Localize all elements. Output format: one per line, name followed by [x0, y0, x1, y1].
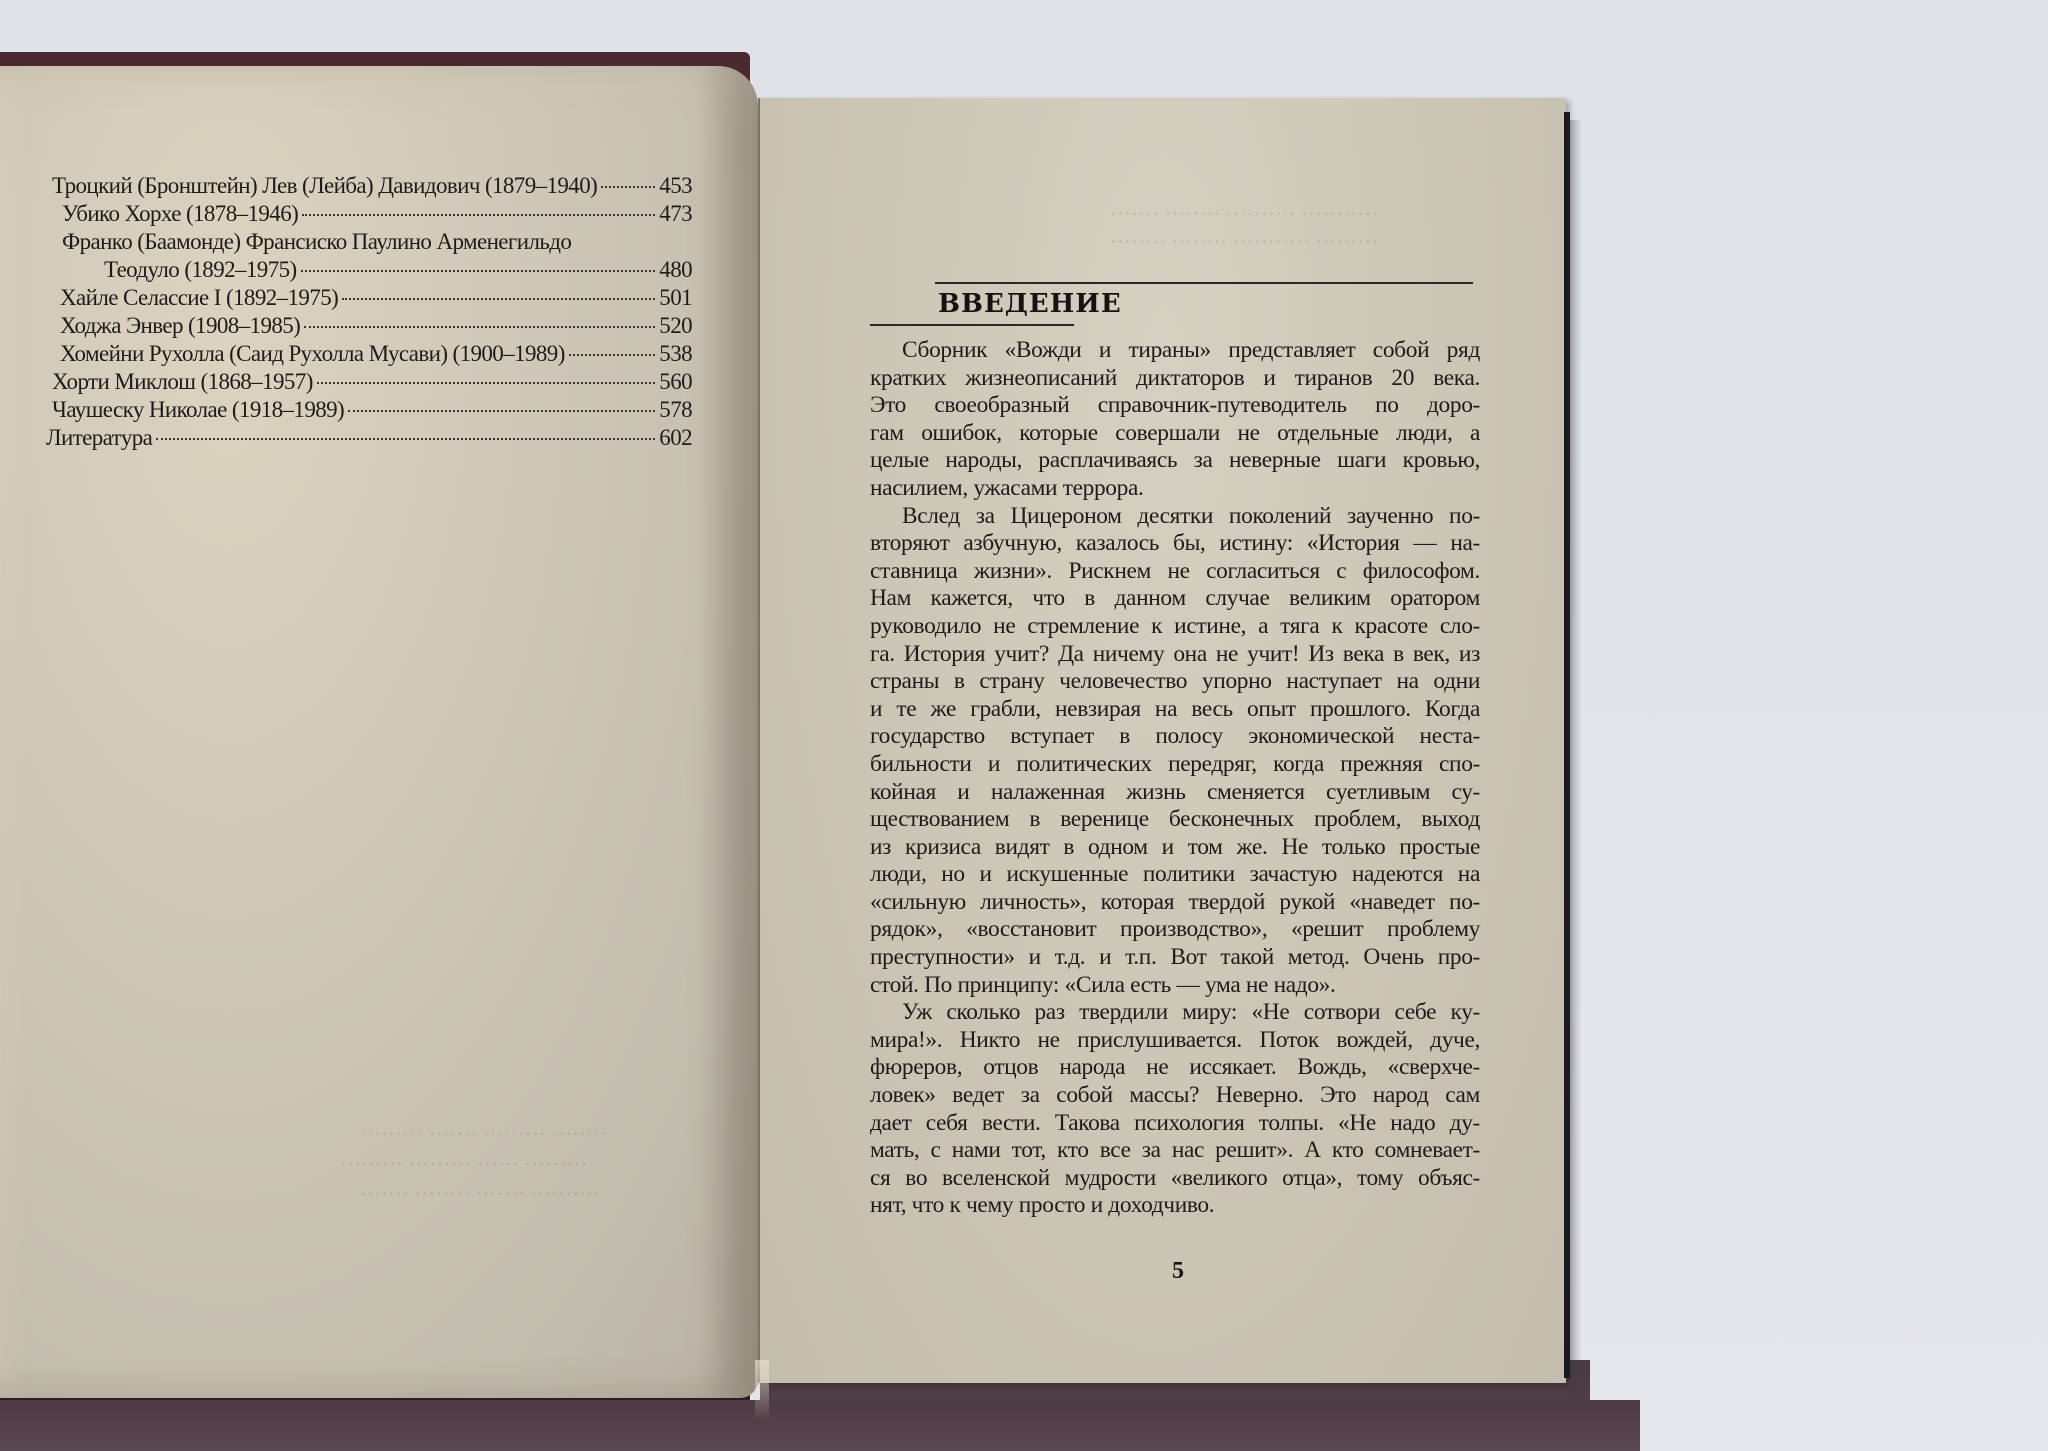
toc-entry-title: Хорти Миклош (1868–1957): [52, 368, 313, 396]
text-line: койная и налаженная жизнь сменяется сует…: [870, 779, 1480, 807]
toc-entry-page: 473: [659, 200, 692, 228]
toc-entry-title: Чаушеску Николае (1918–1989): [52, 396, 344, 424]
text-line: мира!». Никто не прислушивается. Поток в…: [870, 1027, 1480, 1055]
toc-entry-title: Ходжа Энвер (1908–1985): [60, 312, 300, 340]
toc-entry-title: Франко (Баамонде) Франсиско Паулино Арме…: [62, 228, 571, 256]
page-number: 5: [1172, 1258, 1184, 1285]
dot-leader: [301, 270, 656, 272]
heading-rule-bottom: [870, 324, 1074, 326]
text-line: вторяют азбучную, казалось бы, истину: «…: [870, 530, 1480, 558]
text-line: из кризиса видят в одном и том же. Не то…: [870, 834, 1480, 862]
text-line: преступности» и т.д. и т.п. Вот такой ме…: [870, 944, 1480, 972]
toc-entry-page: 538: [659, 340, 692, 368]
text-line: фюреров, отцов народа не иссякает. Вождь…: [870, 1054, 1480, 1082]
text-line: государство вступает в полосу экономичес…: [870, 723, 1480, 751]
toc-entry[interactable]: Убико Хорхе (1878–1946) 473: [52, 200, 692, 228]
text-line: мать, с нами тот, кто все за нас решит».…: [870, 1137, 1480, 1165]
show-through-text: ········· ··········· ········ ········: [1110, 228, 1379, 256]
toc-entry[interactable]: Чаушеску Николае (1918–1989) 578: [52, 396, 692, 424]
introduction-text: Сборник «Вожди и тираны» представляет со…: [870, 337, 1480, 1220]
show-through-text: ········· ······ ········· ·········: [340, 1150, 587, 1178]
text-line: гам ошибок, которые совершали не отдельн…: [870, 420, 1480, 448]
text-line: бильности и политических передряг, когда…: [870, 751, 1480, 779]
toc-entry-title: Троцкий (Бронштейн) Лев (Лейба) Давидови…: [52, 172, 597, 200]
toc-entry-page: 560: [659, 368, 692, 396]
dot-leader: [342, 298, 655, 300]
dot-leader: [302, 214, 655, 216]
table-of-contents: Троцкий (Бронштейн) Лев (Лейба) Давидови…: [52, 172, 692, 452]
toc-entry[interactable]: Хорти Миклош (1868–1957) 560: [52, 368, 692, 396]
toc-entry-title: Хайле Селассие I (1892–1975): [60, 284, 338, 312]
dot-leader: [156, 438, 655, 440]
text-line: стой. По принципу: «Сила есть — ума не н…: [870, 972, 1480, 1000]
toc-entry-title: Литература: [46, 424, 152, 452]
text-line: люди, но и искушенные политики зачастую …: [870, 861, 1480, 889]
toc-entry-title: Убико Хорхе (1878–1946): [62, 200, 298, 228]
text-line: ловек» ведет за собой массы? Неверно. Эт…: [870, 1082, 1480, 1110]
text-line: страны в страну человечество упорно наст…: [870, 668, 1480, 696]
toc-entry-page: 453: [659, 172, 692, 200]
text-line: Нам кажется, что в данном случае великим…: [870, 585, 1480, 613]
dot-leader: [348, 410, 655, 412]
toc-entry-title: Хомейни Рухолла (Саид Рухолла Мусави) (1…: [60, 340, 565, 368]
show-through-text: ········ ········· ······· ·········: [360, 1120, 607, 1148]
toc-entry[interactable]: Троцкий (Бронштейн) Лев (Лейба) Давидови…: [52, 172, 692, 200]
show-through-text: ·········· ······· ········ ·······: [360, 1180, 600, 1208]
text-line: Это своеобразный справочник-путеводитель…: [870, 392, 1480, 420]
toc-entry-page: 520: [659, 312, 692, 340]
dot-leader: [601, 186, 655, 188]
text-line: целые народы, расплачиваясь за неверные …: [870, 447, 1480, 475]
toc-entry[interactable]: Хайле Селассие I (1892–1975) 501: [52, 284, 692, 312]
toc-entry-title: Теодуло (1892–1975): [104, 256, 297, 284]
text-line: руководило не стремление к истине, а тяг…: [870, 613, 1480, 641]
toc-entry-page: 602: [659, 424, 692, 452]
dot-leader: [317, 382, 656, 384]
dot-leader: [304, 326, 655, 328]
dot-leader: [569, 354, 656, 356]
text-line: кратких жизнеописаний диктаторов и тиран…: [870, 365, 1480, 393]
text-line: насилием, ужасами террора.: [870, 475, 1480, 503]
toc-entry-page: 501: [659, 284, 692, 312]
toc-entry[interactable]: Ходжа Энвер (1908–1985) 520: [52, 312, 692, 340]
heading-rule-top: [935, 282, 1473, 284]
book-shadow: [0, 1400, 1640, 1451]
toc-entry-page: 480: [659, 256, 692, 284]
toc-entry-continuation[interactable]: Теодуло (1892–1975) 480: [52, 256, 692, 284]
toc-entry[interactable]: Хомейни Рухолла (Саид Рухолла Мусави) (1…: [52, 340, 692, 368]
page-edge-shadow: [1570, 120, 1582, 1375]
binding-threads: [755, 1360, 769, 1420]
text-line: нят, что к чему просто и доходчиво.: [870, 1192, 1480, 1220]
text-line: Сборник «Вожди и тираны» представляет со…: [870, 337, 1480, 365]
chapter-heading: ВВЕДЕНИЕ: [938, 289, 1122, 319]
toc-entry[interactable]: Франко (Баамонде) Франсиско Паулино Арме…: [52, 228, 692, 256]
text-line: ществованием в веренице бесконечных проб…: [870, 806, 1480, 834]
text-line: рядок», «восстановит производство», «реш…: [870, 916, 1480, 944]
text-line: «сильную личность», которая твердой руко…: [870, 889, 1480, 917]
text-line: Уж сколько раз твердили миру: «Не сотвор…: [870, 999, 1480, 1027]
text-line: га. История учит? Да ничему она не учит!…: [870, 641, 1480, 669]
text-line: дает себя вести. Такова психология толпы…: [870, 1110, 1480, 1138]
toc-entry[interactable]: Литература 602: [46, 424, 692, 452]
text-line: Вслед за Цицероном десятки поколений зау…: [870, 503, 1480, 531]
text-line: и те же грабли, невзирая на весь опыт пр…: [870, 696, 1480, 724]
toc-entry-page: 578: [659, 396, 692, 424]
text-line: ставница жизни». Рискнем не согласиться …: [870, 558, 1480, 586]
text-line: ся во вселенской мудрости «великого отца…: [870, 1165, 1480, 1193]
show-through-text: ··········· ·········· ········ ·······: [1110, 200, 1379, 228]
